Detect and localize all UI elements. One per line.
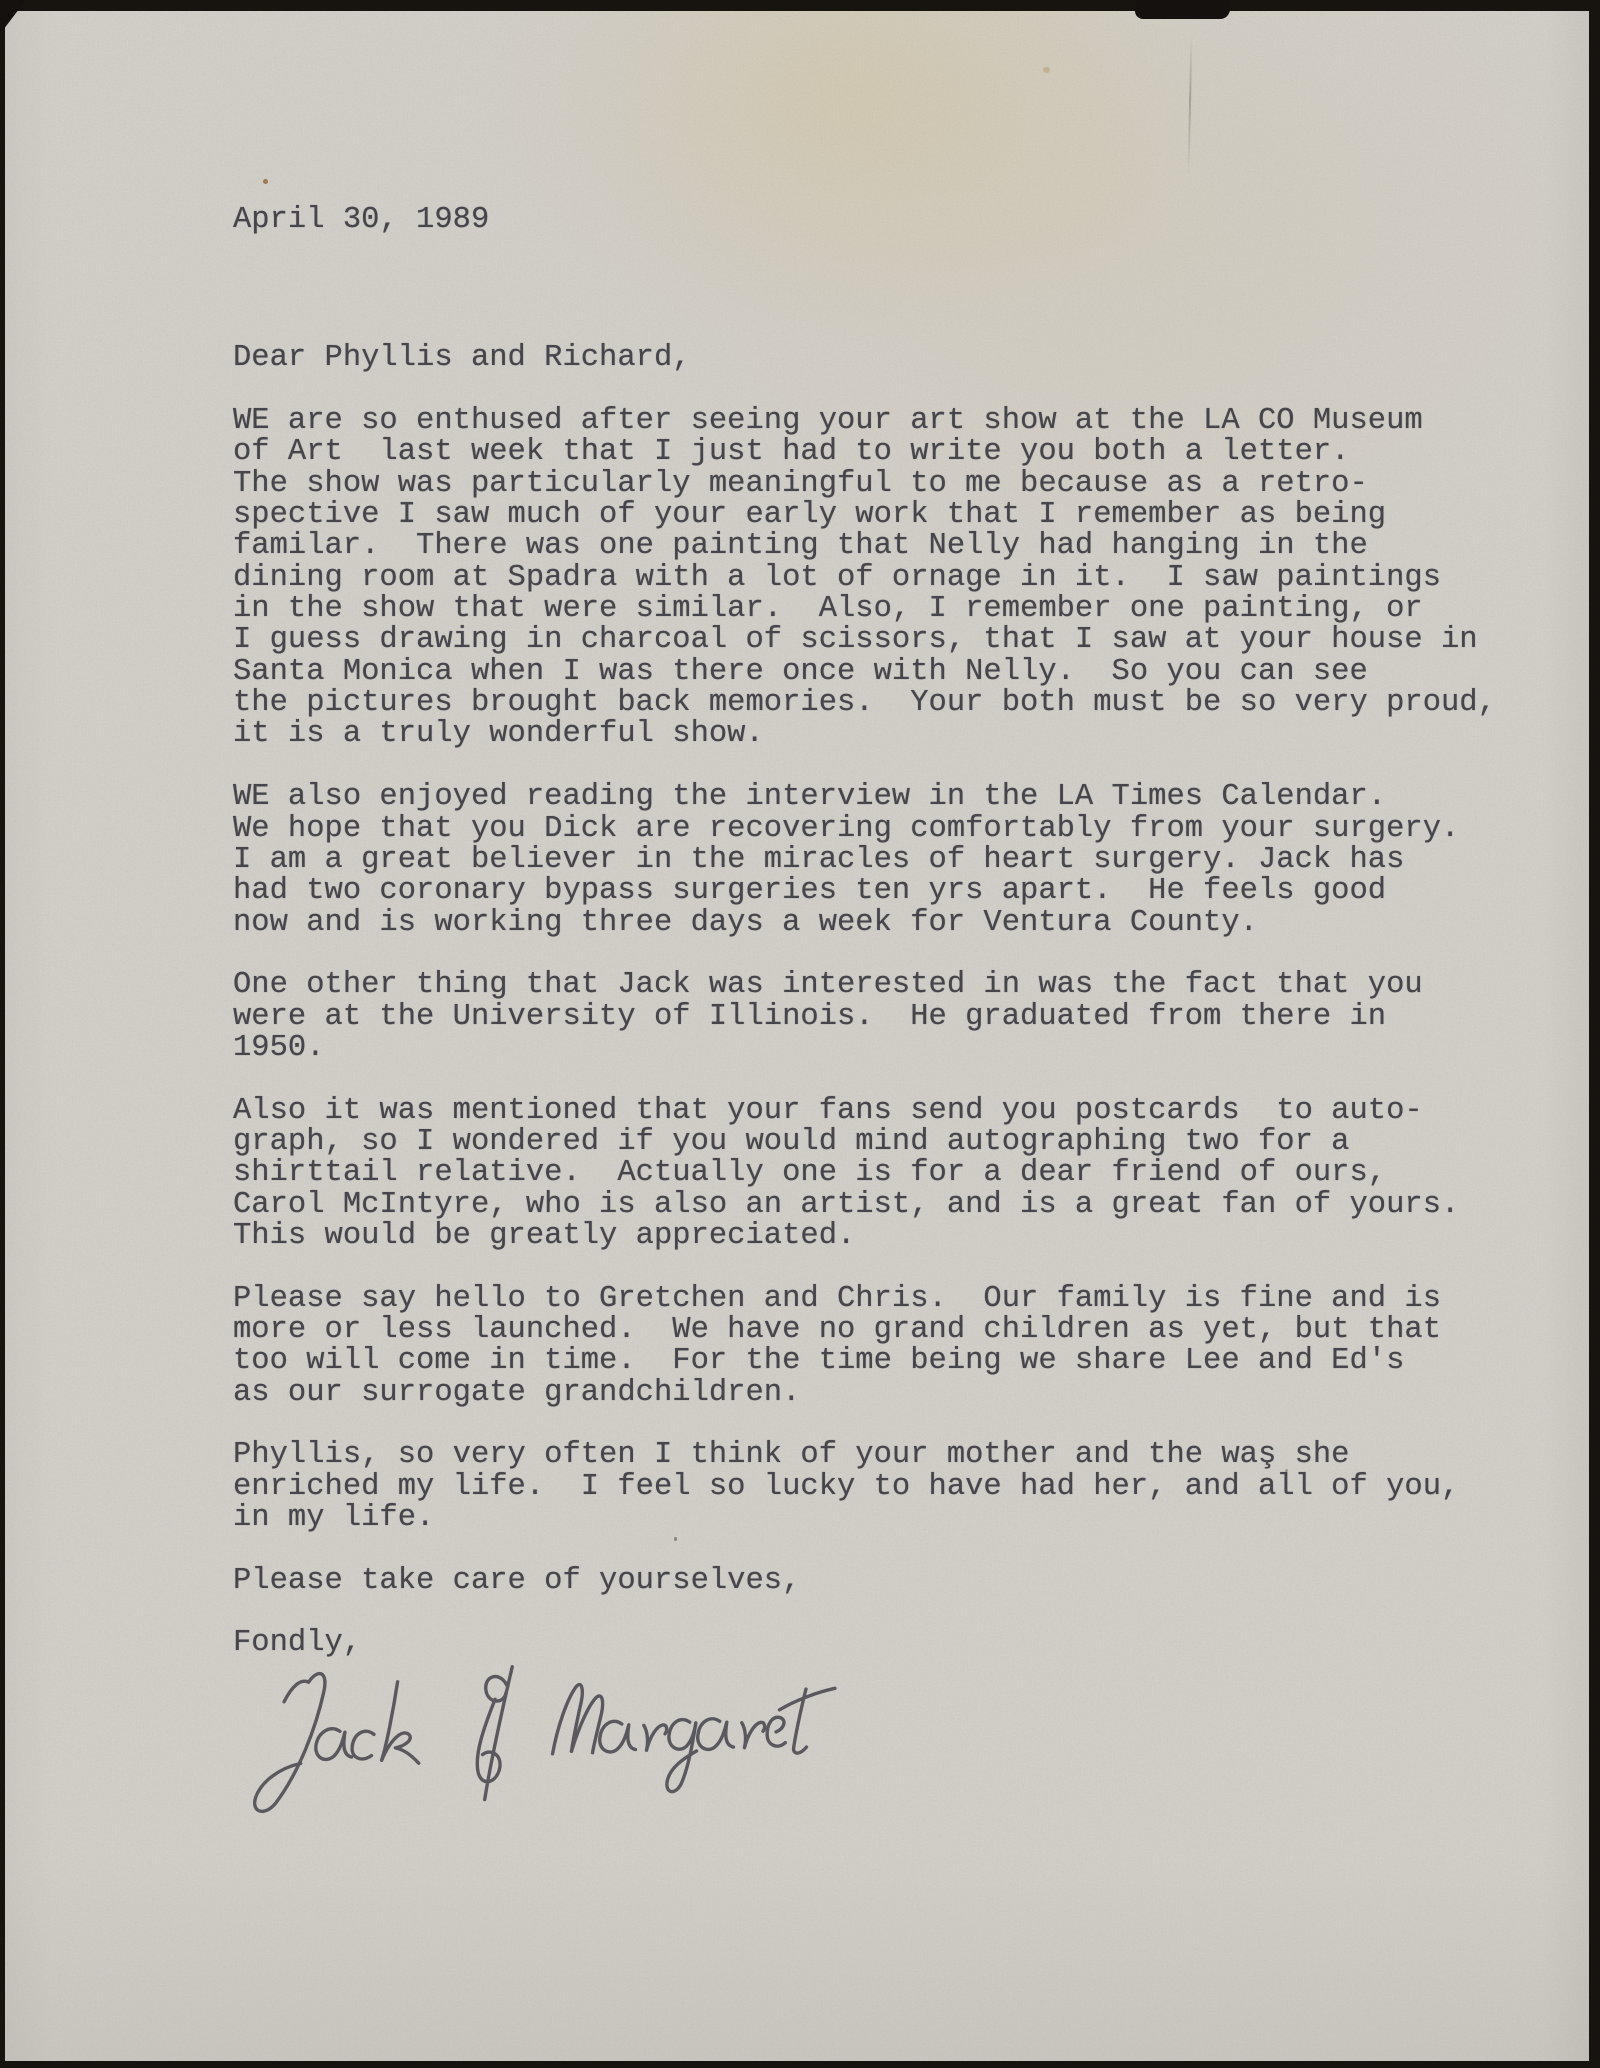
signature: Jack & Margaret [221,1645,865,1822]
letter-line: Also it was mentioned that your fans sen… [233,1096,1563,1127]
paper-crease [1188,35,1193,175]
letter-line: it is a truly wonderful show. [233,719,1563,750]
signature-handwriting [221,1645,865,1822]
letter-paragraphs: WE are so enthused after seeing your art… [233,406,1563,1534]
letter-line: in my life. [233,1503,1563,1534]
letter-paragraph: WE also enjoyed reading the interview in… [233,782,1563,939]
letter-line: Please say hello to Gretchen and Chris. … [233,1284,1563,1315]
letter-line: enriched my life. I feel so lucky to hav… [233,1472,1563,1503]
letter-line: graph, so I wondered if you would mind a… [233,1127,1563,1158]
letter-line: I am a great believer in the miracles of… [233,845,1563,876]
letter-line: WE also enjoyed reading the interview in… [233,782,1563,813]
letter-paragraph: Please say hello to Gretchen and Chris. … [233,1284,1563,1409]
letter-paragraph: One other thing that Jack was interested… [233,970,1563,1064]
letter-line: had two coronary bypass surgeries ten yr… [233,876,1563,907]
letter-line: familar. There was one painting that Nel… [233,531,1563,562]
letter-paragraph: WE are so enthused after seeing your art… [233,406,1563,751]
letter-body: April 30, 1989 Dear Phyllis and Richard,… [233,205,1563,1660]
letter-line: This would be greatly appreciated. [233,1221,1563,1252]
scan-edge-mark [1135,0,1230,19]
letter-line: Santa Monica when I was there once with … [233,657,1563,688]
letter-line: of Art last week that I just had to writ… [233,437,1563,468]
letter-line: shirttail relative. Actually one is for … [233,1158,1563,1189]
scan-corner-shadow [0,0,26,34]
letter-line: the pictures brought back memories. Your… [233,688,1563,719]
letter-line: more or less launched. We have no grand … [233,1315,1563,1346]
paper-speck [1043,67,1050,73]
letter-line: too will come in time. For the time bein… [233,1346,1563,1377]
letter-date: April 30, 1989 [233,205,1563,236]
letter-line: were at the University of Illinois. He g… [233,1002,1563,1033]
letter-line: spective I saw much of your early work t… [233,500,1563,531]
letter-closing: Please take care of yourselves, [233,1566,1563,1597]
letter-line: dining room at Spadra with a lot of orna… [233,563,1563,594]
letter-salutation: Dear Phyllis and Richard, [233,343,1563,374]
letter-line: WE are so enthused after seeing your art… [233,406,1563,437]
letter-line: as our surrogate grandchildren. [233,1378,1563,1409]
letter-line: now and is working three days a week for… [233,908,1563,939]
letter-line: We hope that you Dick are recovering com… [233,814,1563,845]
letter-line: Phyllis, so very often I think of your m… [233,1440,1563,1471]
paper-speck [263,179,268,184]
letter-paragraph: Also it was mentioned that your fans sen… [233,1096,1563,1253]
letter-paragraph: Phyllis, so very often I think of your m… [233,1440,1563,1534]
letter-line: 1950. [233,1033,1563,1064]
letter-line: Carol McIntyre, who is also an artist, a… [233,1190,1563,1221]
letter-page: April 30, 1989 Dear Phyllis and Richard,… [5,11,1589,2061]
letter-line: I guess drawing in charcoal of scissors,… [233,625,1563,656]
letter-line: One other thing that Jack was interested… [233,970,1563,1001]
letter-line: The show was particularly meaningful to … [233,469,1563,500]
letter-line: in the show that were similar. Also, I r… [233,594,1563,625]
